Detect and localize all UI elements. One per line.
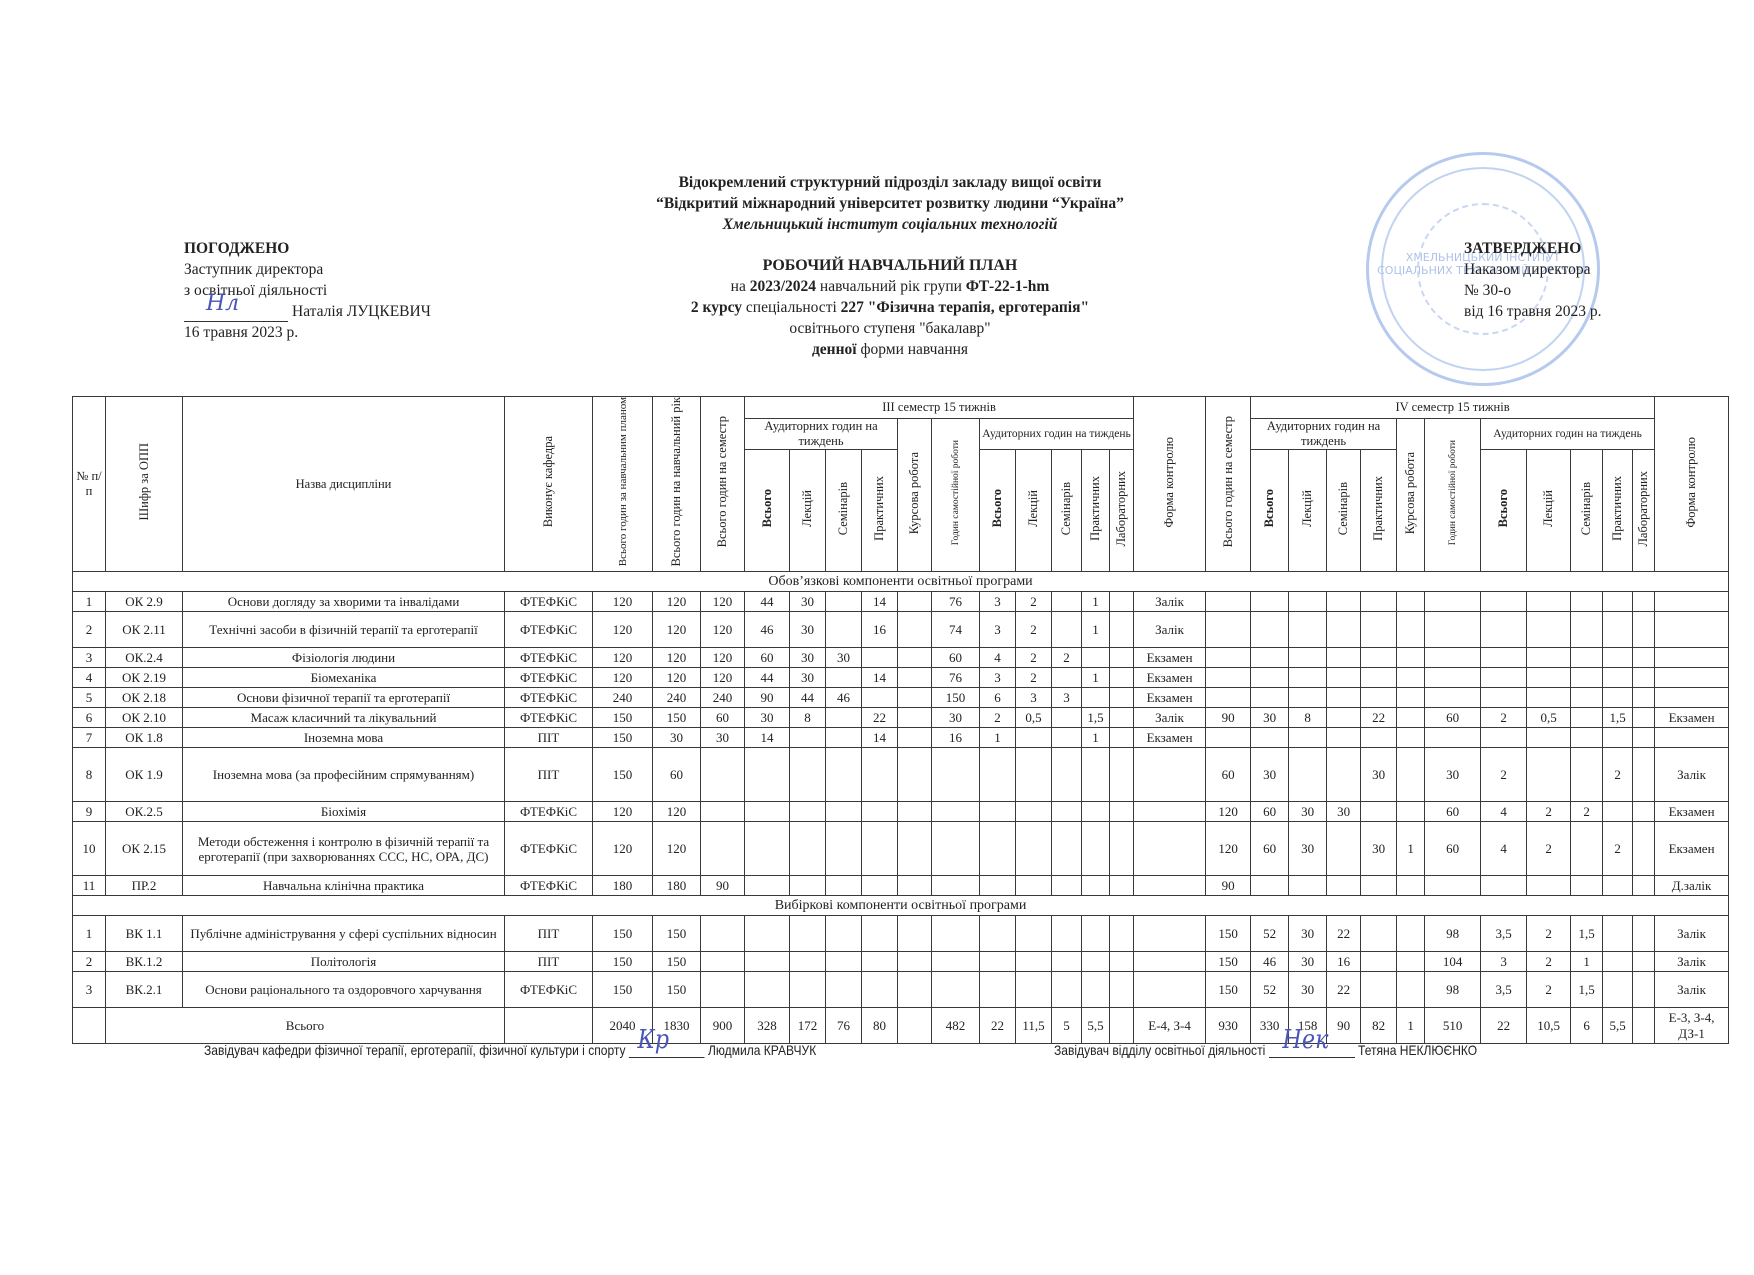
sem3-cell [790,728,826,748]
total-sem4-cell: 22 [1481,1008,1527,1044]
total-sem4-cell: Е-3, З-4, ДЗ-1 [1655,1008,1729,1044]
sem3-cell [745,972,790,1008]
sem3-cell [980,876,1016,896]
sem3-cell: 6 [980,688,1016,708]
sem3-cell: Екзамен [1134,728,1206,748]
sem3-cell [1110,748,1134,802]
sem4-cell [1633,916,1655,952]
sem4-cell [1289,748,1327,802]
sem4-cell: Залік [1655,972,1729,1008]
confirmed-title: ЗАТВЕРДЖЕНО [1464,238,1601,259]
discipline-code: ОК 2.15 [106,822,183,876]
sem3-cell: 30 [745,708,790,728]
sem4-cell: 30 [1425,748,1481,802]
sem3-cell: 4 [980,648,1016,668]
sem3-cell [745,822,790,876]
sem4-cell [1633,876,1655,896]
sem4-cell: 52 [1251,916,1289,952]
sem4-cell: 60 [1425,802,1481,822]
sem3-cell: 240 [701,688,745,708]
discipline-code: ВК.2.1 [106,972,183,1008]
total-plan-hours: 150 [593,728,653,748]
agreed-title: ПОГОДЖЕНО [184,238,431,259]
sem4-cell: 104 [1425,952,1481,972]
sem4-cell [1206,688,1251,708]
discipline-code: ОК.2.4 [106,648,183,668]
sem4-cell [1527,748,1571,802]
confirmed-date: від 16 травня 2023 р. [1464,301,1601,322]
sem4-cell [1603,916,1633,952]
sem4-cell [1289,612,1327,648]
section-elective: Вибіркові компоненти освітньої програми [73,896,1729,916]
sem3-cell: 2 [1016,592,1052,612]
course-specialty-line: 2 курсу спеціальності 227 "Фізична терап… [560,297,1220,318]
row-number: 6 [73,708,106,728]
sem3-cell [1016,822,1052,876]
sem3-cell: 150 [932,688,980,708]
sem4-cell: 98 [1425,916,1481,952]
sem3-cell: 3 [1052,688,1082,708]
sem4-cell: 1,5 [1571,972,1603,1008]
sem3-cell [1052,708,1082,728]
sem4-cell [1571,876,1603,896]
sem3-cell [980,972,1016,1008]
sem4-cell: 2 [1603,748,1633,802]
footer-right-position: Завідувач відділу освітньої діяльності [1054,1042,1265,1058]
sem3-cell [862,648,898,668]
sem3-cell [826,708,862,728]
footer-left-signature: Завідувач кафедри фізичної терапії, ерго… [204,1042,816,1058]
total-sem3-cell: 328 [745,1008,790,1044]
sem4-cell [1603,952,1633,972]
sem4-cell [1361,688,1397,708]
table-row: 1ВК 1.1Публічне адміністрування у сфері … [73,916,1729,952]
sem3-cell [898,748,932,802]
sem3-cell [790,916,826,952]
year-group-line: на 2023/2024 навчальний рік групи ФТ-22-… [560,276,1220,297]
sem3-cell [1082,972,1110,1008]
sem4-cell: 150 [1206,972,1251,1008]
sem3-cell: Залік [1134,708,1206,728]
col-header-dept: Виконує кафедра [505,397,593,572]
sem3-cell [1016,748,1052,802]
total-sem4-cell: 6 [1571,1008,1603,1044]
discipline-code: ОК 2.18 [106,688,183,708]
sem4-cell: 1,5 [1571,916,1603,952]
table-row: 2ВК.1.2ПолітологіяПІТ1501501504630161043… [73,952,1729,972]
table-row: 4ОК 2.19БіомеханікаФТЕФКіС12012012044301… [73,668,1729,688]
sem4-cell [1397,748,1425,802]
sem3-cell [1052,668,1082,688]
order-number: № 30-о [1464,280,1601,301]
sem4-cell [1206,592,1251,612]
sem3-cell: 44 [745,668,790,688]
sem4-cell [1206,648,1251,668]
sem3-cell [1134,916,1206,952]
sem4-cell [1571,728,1603,748]
sem3-cell [932,748,980,802]
department: ФТЕФКіС [505,876,593,896]
sem3-cell [826,876,862,896]
discipline-name: Масаж класичний та лікувальний [183,708,505,728]
department: ПІТ [505,916,593,952]
sem4-cell [1361,728,1397,748]
sem3-cell [1110,728,1134,748]
semester-4-header: IV семестр 15 тижнів [1251,397,1655,419]
footer-right-name: Тетяна НЕКЛЮЄНКО [1358,1042,1477,1058]
department: ФТЕФКіС [505,612,593,648]
sem3-cell [1052,916,1082,952]
sem4-cell [1327,708,1361,728]
agreed-position-1: Заступник директора [184,259,431,280]
department: ФТЕФКіС [505,668,593,688]
sem4-cell [1603,876,1633,896]
row-number: 2 [73,952,106,972]
sem3-cell [1052,972,1082,1008]
sem3-aud-week-header: Аудиторних годин на тиждень [980,419,1134,450]
sem3-cell [932,802,980,822]
sem3-cell: 90 [701,876,745,896]
sem3-cell: 16 [932,728,980,748]
sem3-cell [790,972,826,1008]
discipline-name: Політологія [183,952,505,972]
sem4-cell: 150 [1206,952,1251,972]
sem4-col-seminars: Семінарів [1327,450,1361,572]
sem3-cell [1052,802,1082,822]
total-plan-hours: 150 [593,972,653,1008]
sem3-cell [898,972,932,1008]
sem3-cell [1082,916,1110,952]
table-row: 10ОК 2.15Методи обстеження і контролю в … [73,822,1729,876]
total-sem3-cell [1110,1008,1134,1044]
sem3-cell [701,952,745,972]
sem4-cell [1571,748,1603,802]
sem3-cell: 74 [932,612,980,648]
sem4-cell [1397,876,1425,896]
sem3-cell [1016,916,1052,952]
sem4-cell [1206,668,1251,688]
total-sem3-cell: 172 [790,1008,826,1044]
sem4-cell [1361,802,1397,822]
total-year-hours: 120 [653,802,701,822]
sem3-cell [1110,916,1134,952]
total-empty [73,1008,106,1044]
sem4-cell: 30 [1289,802,1327,822]
sem4-cell [1397,688,1425,708]
sem3-cell [980,748,1016,802]
sem3-cell: 14 [862,592,898,612]
discipline-name: Основи догляду за хворими та інвалідами [183,592,505,612]
sem4-cell [1251,728,1289,748]
sem4-cell [1633,648,1655,668]
sem4-cell [1327,612,1361,648]
sem4-cell: 2 [1481,708,1527,728]
sem3-cell [862,972,898,1008]
sem3-col-lectures: Лекцій [1016,450,1052,572]
sem4-cell [1327,648,1361,668]
discipline-name: Іноземна мова [183,728,505,748]
sem3-cell: 44 [745,592,790,612]
sem3-cell [701,748,745,802]
total-sem3-cell: 76 [826,1008,862,1044]
total-sem3-cell: 482 [932,1008,980,1044]
sem3-cell [898,668,932,688]
sem4-cell: 60 [1206,748,1251,802]
sem3-cell: 2 [1016,648,1052,668]
sem3-cell [826,972,862,1008]
sem4-cell: 30 [1289,916,1327,952]
sem4-cell: 90 [1206,876,1251,896]
approval-agreed-block: ПОГОДЖЕНО Заступник директора з освітньо… [184,238,431,343]
row-number: 3 [73,648,106,668]
row-number: 2 [73,612,106,648]
sem4-cell: 1 [1571,952,1603,972]
sem3-cell [790,952,826,972]
sem3-cell [862,802,898,822]
sem4-cell: 2 [1571,802,1603,822]
sem4-cell: 3 [1481,952,1527,972]
sem4-cell: 2 [1527,822,1571,876]
total-year-hours: 150 [653,708,701,728]
sem3-cell [826,612,862,648]
sem3-col-course-work: Курсова робота [898,419,932,572]
discipline-code: ОК.2.5 [106,802,183,822]
total-plan-hours: 120 [593,668,653,688]
department: ФТЕФКіС [505,802,593,822]
total-sem3-cell: 5,5 [1082,1008,1110,1044]
total-dept-empty [505,1008,593,1044]
col-header-total-sem: Всього годин на семестр [701,397,745,572]
sem4-cell: 98 [1425,972,1481,1008]
footer-left-position: Завідувач кафедри фізичної терапії, ерго… [204,1042,626,1058]
sem3-cell [1134,822,1206,876]
sem4-cell: 30 [1327,802,1361,822]
sem4-cell [1527,668,1571,688]
sem4-cell: 150 [1206,916,1251,952]
sem3-cell [1134,876,1206,896]
sem3-cell [1110,952,1134,972]
sem4-cell: Екзамен [1655,802,1729,822]
sem4-cell [1481,648,1527,668]
sem3-cell: 30 [790,612,826,648]
sem4-cell: Залік [1655,952,1729,972]
sem3-cell [1110,822,1134,876]
sem3-cell [980,822,1016,876]
sem3-cell [898,592,932,612]
sem3-cell [790,802,826,822]
sem4-cell: 4 [1481,802,1527,822]
sem4-cell: 30 [1251,748,1289,802]
sem3-cell [932,822,980,876]
signature-line: Нл [184,307,288,322]
sem3-cell [701,822,745,876]
sem3-cell [862,952,898,972]
sem4-cell [1481,728,1527,748]
sem3-cell: 30 [701,728,745,748]
sem3-cell [898,688,932,708]
sem4-cell [1633,688,1655,708]
sem4-cell [1633,668,1655,688]
department: ПІТ [505,952,593,972]
discipline-name: Публічне адміністрування у сфері суспіль… [183,916,505,952]
sem3-cell [898,876,932,896]
sem3-cell [898,822,932,876]
total-plan-hours: 150 [593,748,653,802]
sem4-cell [1481,876,1527,896]
study-form-line: денної форми навчання [560,339,1220,360]
sem3-cell: 2 [1016,668,1052,688]
table-row: 3ВК.2.1Основи раціонального та оздоровчо… [73,972,1729,1008]
sem3-cell [1110,688,1134,708]
sem3-cell [826,916,862,952]
discipline-name: Методи обстеження і контролю в фізичній … [183,822,505,876]
sem3-cell [980,802,1016,822]
total-plan-hours: 150 [593,916,653,952]
sem4-cell: 3,5 [1481,972,1527,1008]
course: 2 курсу [691,299,742,316]
sem4-cell: 16 [1327,952,1361,972]
sem3-cell [1016,972,1052,1008]
sem3-cell: 60 [932,648,980,668]
sem3-cell: 76 [932,668,980,688]
sem3-cell: 30 [932,708,980,728]
institution-line-1: Відокремлений структурний підрозділ закл… [560,172,1220,193]
total-sem4-cell: 510 [1425,1008,1481,1044]
total-year-hours: 150 [653,916,701,952]
sem4-cell [1397,952,1425,972]
total-plan-hours: 150 [593,708,653,728]
sem4-col-lectures: Лекцій [1527,450,1571,572]
sem4-col-course-work: Курсова робота [1397,419,1425,572]
sem4-cell [1633,748,1655,802]
sem3-cell [826,728,862,748]
sem3-cell [932,916,980,952]
sem3-cell: 1 [1082,592,1110,612]
sem3-col-practicals: Практичних [1082,450,1110,572]
total-plan-hours: 120 [593,592,653,612]
sem4-cell [1481,688,1527,708]
col-header-name: Назва дисципліни [183,397,505,572]
discipline-name: Фізіологія людини [183,648,505,668]
sem3-cell [701,802,745,822]
sem3-cell: 3 [980,592,1016,612]
sem3-cell: 14 [862,728,898,748]
sem4-cell [1633,728,1655,748]
sem3-cell: 16 [862,612,898,648]
total-sem3-cell: 11,5 [1016,1008,1052,1044]
sem4-cell [1603,668,1633,688]
sem3-cell [898,728,932,748]
sem4-cell [1397,708,1425,728]
semester-3-header: III семестр 15 тижнів [745,397,1134,419]
sem4-cell: 60 [1425,708,1481,728]
sem4-cell [1603,728,1633,748]
sem3-cell [1052,822,1082,876]
sem4-aud-week-header: Аудиторних годин на тиждень [1481,419,1655,450]
department: ФТЕФКіС [505,648,593,668]
document-title: РОБОЧИЙ НАВЧАЛЬНИЙ ПЛАН [560,255,1220,276]
sem3-cell: Залік [1134,612,1206,648]
row-number: 1 [73,592,106,612]
sem3-cell [1110,972,1134,1008]
sem3-cell [932,952,980,972]
total-sem3-cell [898,1008,932,1044]
sem4-cell [1397,802,1425,822]
sem4-cell: 8 [1289,708,1327,728]
sem4-cell [1655,668,1729,688]
sem3-cell [862,822,898,876]
sem4-cell [1289,728,1327,748]
specialty: 227 "Фізична терапія, ерготерапія" [841,299,1089,316]
footer-right-signature: Завідувач відділу освітньої діяльності Н… [1054,1042,1477,1058]
sem4-cell [1603,972,1633,1008]
discipline-code: ОК 2.9 [106,592,183,612]
discipline-name: Біомеханіка [183,668,505,688]
sem4-cell [1289,592,1327,612]
sem4-cell [1655,612,1729,648]
sem4-cell: 60 [1251,822,1289,876]
sem3-cell [745,802,790,822]
sem3-cell [980,952,1016,972]
sem4-cell [1327,688,1361,708]
total-row: Всього2040183090032817276804822211,555,5… [73,1008,1729,1044]
sem3-cell [862,688,898,708]
total-year-hours: 120 [653,648,701,668]
sem4-cell [1527,612,1571,648]
row-number: 7 [73,728,106,748]
row-number: 8 [73,748,106,802]
sem4-cell [1603,612,1633,648]
sem3-cell [1134,802,1206,822]
sem3-cell [790,748,826,802]
sem4-aud-hours-header: Аудиторних годин на тиждень [1251,419,1397,450]
sem4-cell [1361,668,1397,688]
total-sem4-cell: 5,5 [1603,1008,1633,1044]
sem3-cell [826,592,862,612]
total-sem3-cell: 80 [862,1008,898,1044]
sem3-cell [790,876,826,896]
discipline-code: ОК 2.11 [106,612,183,648]
sem4-cell: 90 [1206,708,1251,728]
sem4-cell: 1 [1397,822,1425,876]
sem4-cell [1251,612,1289,648]
total-plan-hours: 120 [593,822,653,876]
agreed-name: Наталія ЛУЦКЕВИЧ [292,303,431,320]
sem3-cell: 76 [932,592,980,612]
total-year-hours: 120 [653,612,701,648]
discipline-code: ПР.2 [106,876,183,896]
sem4-cell [1633,822,1655,876]
sem4-cell [1655,728,1729,748]
row-number: 10 [73,822,106,876]
sem4-cell [1327,668,1361,688]
sem3-col-self-study: Годин самостійної роботи [932,419,980,572]
sem3-cell: 30 [790,648,826,668]
signature-icon: Нл [206,293,239,314]
sem3-cell [1016,802,1052,822]
sem4-col-seminars: Семінарів [1571,450,1603,572]
total-sem3-cell: 22 [980,1008,1016,1044]
col-header-code: Шифр за ОПП [106,397,183,572]
sem3-cell [932,972,980,1008]
sem4-cell: 4 [1481,822,1527,876]
discipline-code: ОК 2.19 [106,668,183,688]
sem4-cell: 30 [1361,748,1397,802]
total-sem3-cell: 900 [701,1008,745,1044]
sem3-cell [1016,952,1052,972]
sem3-col-labs: Лабораторних [1110,450,1134,572]
sem3-cell [1110,708,1134,728]
